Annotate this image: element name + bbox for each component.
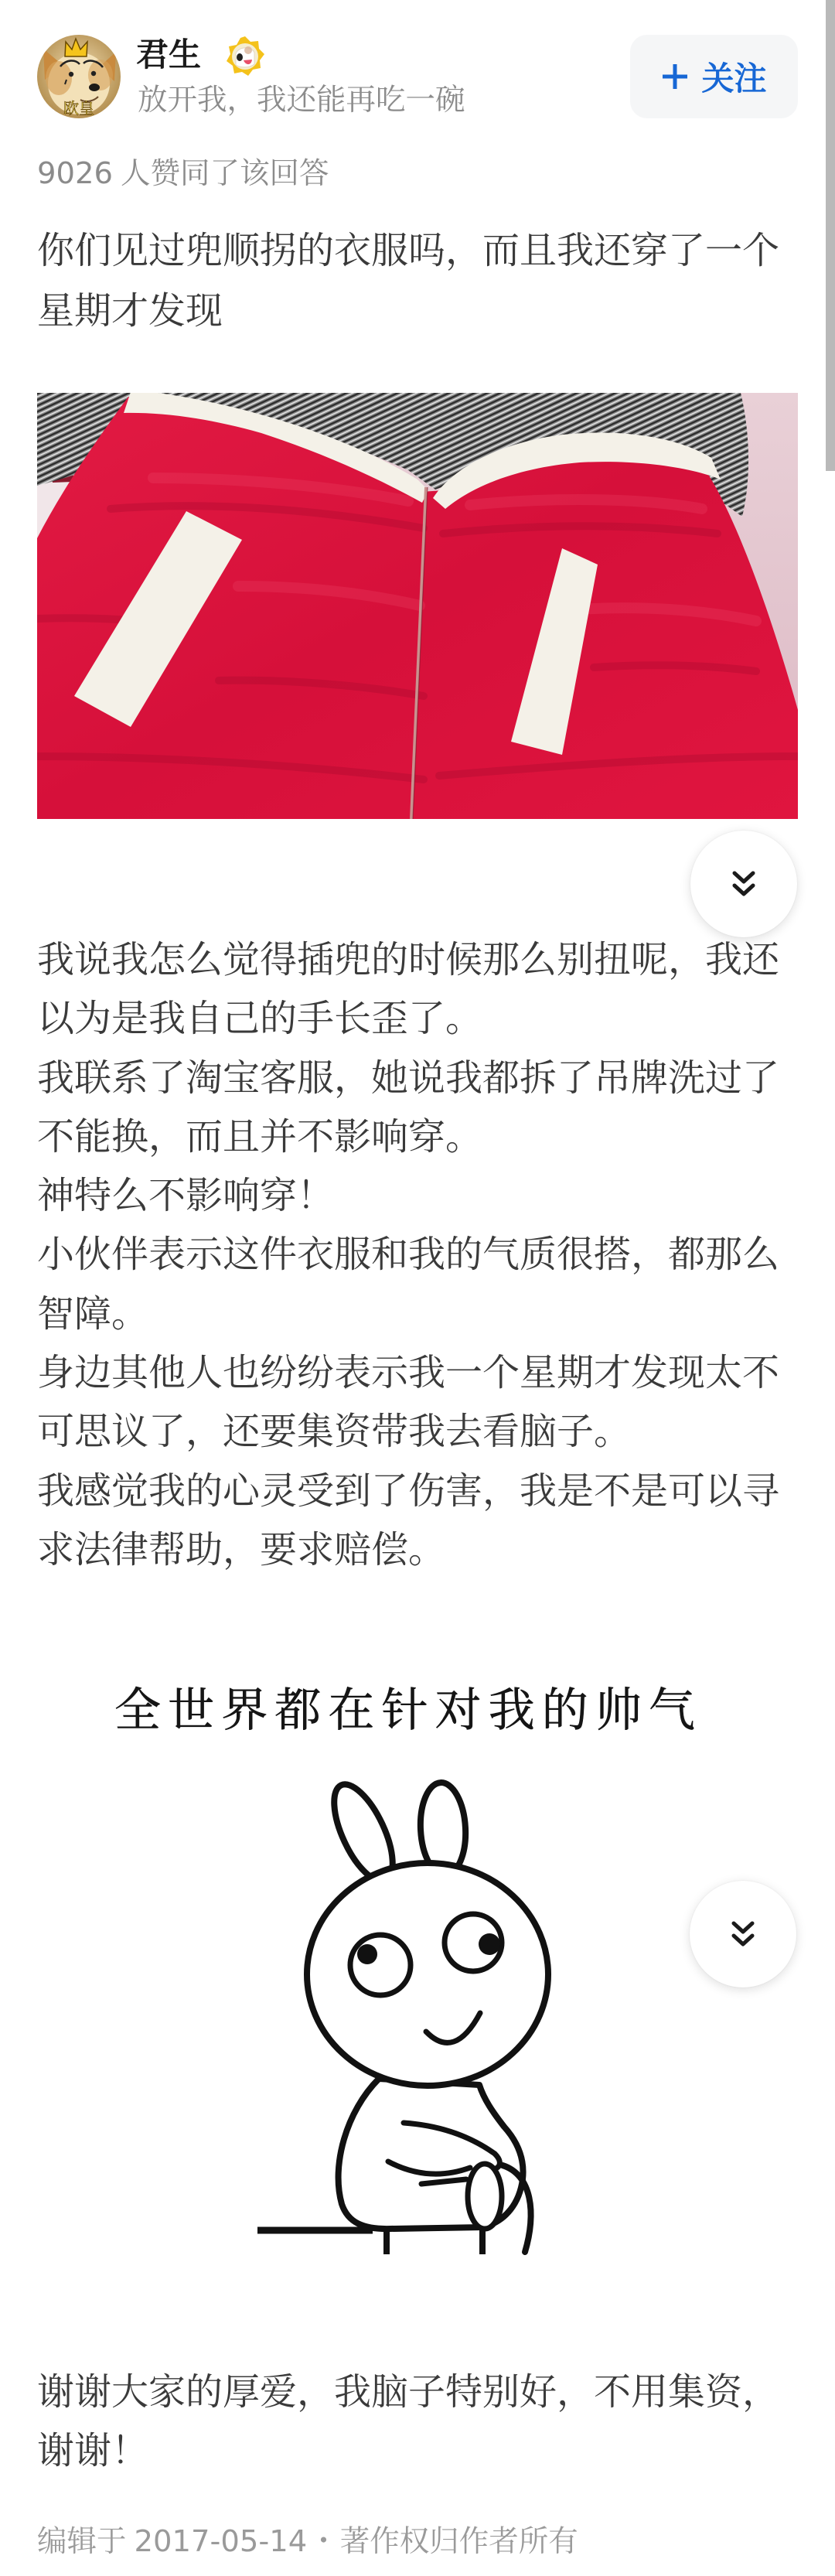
text-line: 谢谢！ (37, 2421, 798, 2480)
paragraph: 身边其他人也纷纷表示我一个星期才发现太不 可思议了，还要集资带我去看脑子。 (37, 1343, 798, 1462)
rabbit-meme-drawing: 全世界都在针对我的帅气 (37, 1602, 798, 2257)
answer-footer: 编辑于2017-05-14・著作权归作者所有 (37, 2523, 578, 2561)
answer-body: 我说我怎么觉得插兜的时候那么别扭呢，我还 以为是我自己的手长歪了。 我联系了淘宝… (37, 930, 798, 1579)
text-line: 神特么不影响穿！ (37, 1166, 798, 1225)
vote-summary-text: 人赞同了该回答 (121, 156, 329, 191)
vote-summary[interactable]: 9026人赞同了该回答 (37, 155, 329, 193)
vote-count: 9026 (37, 156, 113, 191)
follow-button-label: 关注 (701, 53, 766, 100)
coat-photo[interactable] (37, 393, 798, 819)
meme-caption: 全世界都在针对我的帅气 (114, 1684, 695, 1738)
creator-badge-icon[interactable] (225, 36, 265, 77)
paragraph: 我说我怎么觉得插兜的时候那么别扭呢，我还 以为是我自己的手长歪了。 (37, 930, 798, 1049)
copyright-notice: 著作权归作者所有 (340, 2524, 578, 2559)
rabbit-meme-image[interactable]: 全世界都在针对我的帅气 (37, 1602, 798, 2257)
answer-intro: 你们见过兜顺拐的衣服吗，而且我还穿了一个 星期才发现 (37, 220, 798, 341)
author-bio: 放开我，我还能再吃一碗 (138, 81, 465, 120)
avatar-caption: 欧皇 (63, 99, 94, 118)
edited-prefix: 编辑于 (37, 2524, 127, 2559)
text-line: 我说我怎么觉得插兜的时候那么别扭呢，我还 (37, 930, 798, 989)
text-line: 求法律帮助，要求赔偿。 (37, 1520, 798, 1579)
paragraph: 神特么不影响穿！ (37, 1166, 798, 1225)
scrollbar-thumb[interactable] (826, 0, 835, 471)
text-line: 智障。 (37, 1285, 798, 1343)
follow-button[interactable]: 关注 (630, 35, 798, 118)
paragraph: 小伙伴表示这件衣服和我的气质很搭，都那么 智障。 (37, 1225, 798, 1343)
author-name[interactable]: 君生 (136, 35, 201, 75)
text-line: 我感觉我的心灵受到了伤害，我是不是可以寻 (37, 1462, 798, 1520)
text-line: 小伙伴表示这件衣服和我的气质很搭，都那么 (37, 1225, 798, 1284)
text-line: 不能换，而且并不影响穿。 (37, 1107, 798, 1166)
text-line: 可思议了，还要集资带我去看脑子。 (37, 1402, 798, 1461)
plus-icon (661, 63, 689, 90)
author-avatar[interactable]: 欧皇 (37, 35, 121, 118)
text-line: 谢谢大家的厚爱，我脑子特别好，不用集资， (37, 2363, 798, 2421)
expand-button[interactable] (690, 1881, 796, 1987)
text-line: 身边其他人也纷纷表示我一个星期才发现太不 (37, 1343, 798, 1402)
answer-closing: 谢谢大家的厚爱，我脑子特别好，不用集资， 谢谢！ (37, 2363, 798, 2481)
edited-date: 2017-05-14 (135, 2524, 308, 2559)
expand-button[interactable] (690, 831, 797, 937)
text-line: 你们见过兜顺拐的衣服吗，而且我还穿了一个 (37, 220, 798, 281)
coat-photo-image (37, 393, 798, 819)
paragraph: 我联系了淘宝客服，她说我都拆了吊牌洗过了 不能换，而且并不影响穿。 (37, 1049, 798, 1167)
doge-avatar-icon: 欧皇 (37, 35, 121, 118)
double-chevron-down-icon (731, 1921, 755, 1947)
paragraph: 我感觉我的心灵受到了伤害，我是不是可以寻 求法律帮助，要求赔偿。 (37, 1462, 798, 1580)
text-line: 星期才发现 (37, 281, 798, 341)
text-line: 我联系了淘宝客服，她说我都拆了吊牌洗过了 (37, 1049, 798, 1107)
footer-separator: ・ (308, 2524, 339, 2559)
double-chevron-down-icon (732, 871, 755, 897)
text-line: 以为是我自己的手长歪了。 (37, 989, 798, 1048)
